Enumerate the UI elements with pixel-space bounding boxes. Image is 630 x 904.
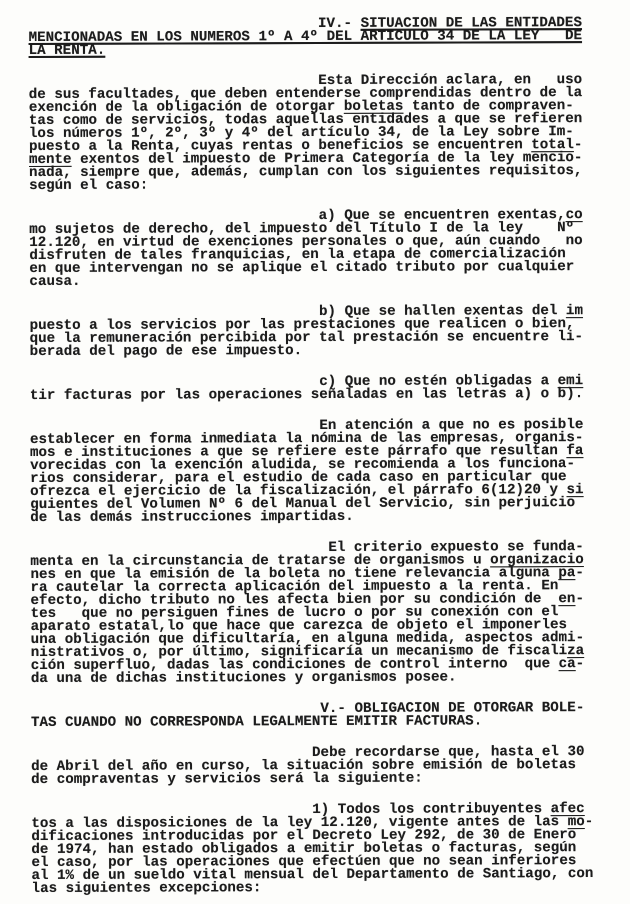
text-segment: da una de dichas instituciones y organis… bbox=[31, 670, 457, 687]
text-line: TAS CUANDO NO CORRESPONDA LEGALMENTE EMI… bbox=[31, 715, 630, 730]
para-debe-recordarse: Debe recordarse que, hasta el 30de Abril… bbox=[31, 746, 630, 787]
text-line: da una de dichas instituciones y organis… bbox=[31, 671, 630, 686]
text-segment: causa. bbox=[29, 274, 80, 290]
text-segment: en que intervengan no se aplique el cita… bbox=[29, 259, 574, 277]
underlined-text: MENCIONADAS EN LOS NUMEROS 1º A 4º DEL A… bbox=[29, 28, 582, 46]
item-letra-a: a) Que se encuentren exentas,como sujeto… bbox=[29, 209, 629, 289]
text-segment: según el caso: bbox=[29, 178, 148, 194]
text-segment: - bbox=[575, 565, 584, 581]
scanned-document-page: IV.- SITUACION DE LAS ENTIDADESMENCIONAD… bbox=[0, 0, 630, 904]
text-segment: las siguientes excepciones: bbox=[32, 880, 262, 897]
text-segment: de las demás instrucciones impartidas. bbox=[30, 509, 354, 526]
para-criterio: El criterio expuesto se funda-menta en l… bbox=[30, 541, 630, 686]
underlined-text: en bbox=[558, 591, 575, 607]
para-en-atencion: En atención a que no es posibleestablece… bbox=[30, 419, 630, 525]
text-line: de las demás instrucciones impartidas. bbox=[30, 510, 630, 525]
text-line: según el caso: bbox=[29, 178, 629, 193]
item-numero-1: 1) Todos los contribuyentes afectos a la… bbox=[31, 803, 630, 896]
text-segment: de compraventas y servicios será la sigu… bbox=[31, 771, 423, 788]
text-line: las siguientes excepciones: bbox=[32, 881, 630, 896]
item-letra-b: b) Que se hallen exentas del impuesto a … bbox=[30, 305, 630, 359]
underlined-text: ca bbox=[559, 656, 576, 672]
text-line: tir facturas por las operaciones señalad… bbox=[30, 388, 630, 403]
heading-section-iv: IV.- SITUACION DE LAS ENTIDADESMENCIONAD… bbox=[29, 17, 629, 58]
text-line: en que intervengan no se aplique el cita… bbox=[29, 261, 629, 276]
underlined-text: pa bbox=[558, 565, 575, 581]
heading-section-v: V.- OBLIGACION DE OTORGAR BOLE-TAS CUAND… bbox=[31, 702, 630, 730]
document-body: IV.- SITUACION DE LAS ENTIDADESMENCIONAD… bbox=[0, 0, 630, 896]
text-line: berada del pago de ese impuesto. bbox=[30, 344, 630, 359]
text-segment: berada del pago de ese impuesto. bbox=[30, 343, 303, 360]
item-letra-c: c) Que no estén obligadas a emitir factu… bbox=[30, 375, 630, 403]
underlined-text: LA RENTA. bbox=[29, 43, 106, 59]
text-segment: - bbox=[575, 591, 584, 607]
text-line: de compraventas y servicios será la sigu… bbox=[31, 772, 630, 787]
para-intro: Esta Dirección aclara, en usode sus facu… bbox=[29, 74, 629, 193]
text-segment: - bbox=[585, 814, 594, 830]
text-segment: tir facturas por las operaciones señalad… bbox=[30, 386, 583, 404]
text-segment: - bbox=[576, 656, 585, 672]
text-line: MENCIONADAS EN LOS NUMEROS 1º A 4º DEL A… bbox=[29, 30, 629, 45]
text-segment: TAS CUANDO NO CORRESPONDA LEGALMENTE EMI… bbox=[31, 713, 482, 731]
